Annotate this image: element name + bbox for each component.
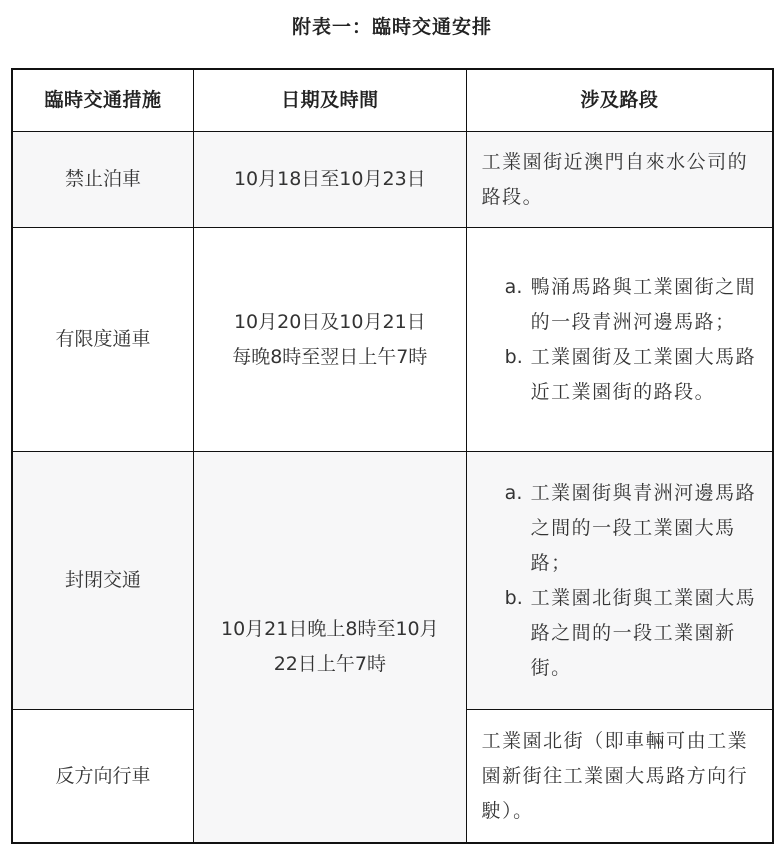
road-section-cell: 工業園街近澳門自來水公司的路段。 (466, 132, 773, 228)
header-measure: 臨時交通措施 (12, 69, 193, 132)
list-item-text: 工業園街與青洲河邊馬路之間的一段工業園大馬路； (531, 482, 757, 574)
list-marker: a. (505, 476, 523, 511)
datetime-cell: 10月18日至10月23日 (193, 132, 466, 228)
table-row: 有限度通車 10月20日及10月21日 每晚8時至翌日上午7時 a. 鴨涌馬路與… (12, 228, 773, 452)
table-row: 封閉交通 10月21日晚上8時至10月 22日上午7時 a. 工業園街與青洲河邊… (12, 452, 773, 710)
list-marker: b. (505, 581, 523, 616)
list-item: a. 工業園街與青洲河邊馬路之間的一段工業園大馬路； (505, 476, 758, 581)
road-section-cell: 工業園北街（即車輛可由工業園新街往工業園大馬路方向行駛）。 (466, 710, 773, 844)
measure-cell: 禁止泊車 (12, 132, 193, 228)
list-item-text: 工業園北街與工業園大馬路之間的一段工業園新街。 (531, 587, 757, 679)
measure-cell: 封閉交通 (12, 452, 193, 710)
datetime-line: 每晚8時至翌日上午7時 (194, 340, 466, 375)
road-section-list: a. 工業園街與青洲河邊馬路之間的一段工業園大馬路； b. 工業園北街與工業園大… (467, 476, 772, 686)
road-section-list: a. 鴨涌馬路與工業園街之間的一段青洲河邊馬路； b. 工業園街及工業園大馬路近… (467, 270, 772, 410)
list-marker: a. (505, 270, 523, 305)
road-section-cell: a. 工業園街與青洲河邊馬路之間的一段工業園大馬路； b. 工業園北街與工業園大… (466, 452, 773, 710)
datetime-line: 10月18日至10月23日 (194, 162, 466, 197)
list-item: a. 鴨涌馬路與工業園街之間的一段青洲河邊馬路； (505, 270, 758, 340)
list-item-text: 鴨涌馬路與工業園街之間的一段青洲河邊馬路； (531, 276, 757, 333)
list-item: b. 工業園街及工業園大馬路近工業園街的路段。 (505, 340, 758, 410)
table-row: 禁止泊車 10月18日至10月23日 工業園街近澳門自來水公司的路段。 (12, 132, 773, 228)
list-item-text: 工業園街及工業園大馬路近工業園街的路段。 (531, 346, 757, 403)
datetime-line: 10月21日晚上8時至10月 (194, 612, 466, 647)
table-header-row: 臨時交通措施 日期及時間 涉及路段 (12, 69, 773, 132)
measure-cell: 有限度通車 (12, 228, 193, 452)
road-section-cell: a. 鴨涌馬路與工業園街之間的一段青洲河邊馬路； b. 工業園街及工業園大馬路近… (466, 228, 773, 452)
header-road-section: 涉及路段 (466, 69, 773, 132)
datetime-cell: 10月21日晚上8時至10月 22日上午7時 (193, 452, 466, 844)
traffic-arrangement-table: 臨時交通措施 日期及時間 涉及路段 禁止泊車 10月18日至10月23日 工業園… (11, 68, 774, 844)
header-datetime: 日期及時間 (193, 69, 466, 132)
list-marker: b. (505, 340, 523, 375)
measure-cell: 反方向行車 (12, 710, 193, 844)
datetime-line: 10月20日及10月21日 (194, 305, 466, 340)
table-title: 附表一：臨時交通安排 (0, 12, 784, 42)
datetime-line: 22日上午7時 (194, 647, 466, 682)
datetime-cell: 10月20日及10月21日 每晚8時至翌日上午7時 (193, 228, 466, 452)
list-item: b. 工業園北街與工業園大馬路之間的一段工業園新街。 (505, 581, 758, 686)
